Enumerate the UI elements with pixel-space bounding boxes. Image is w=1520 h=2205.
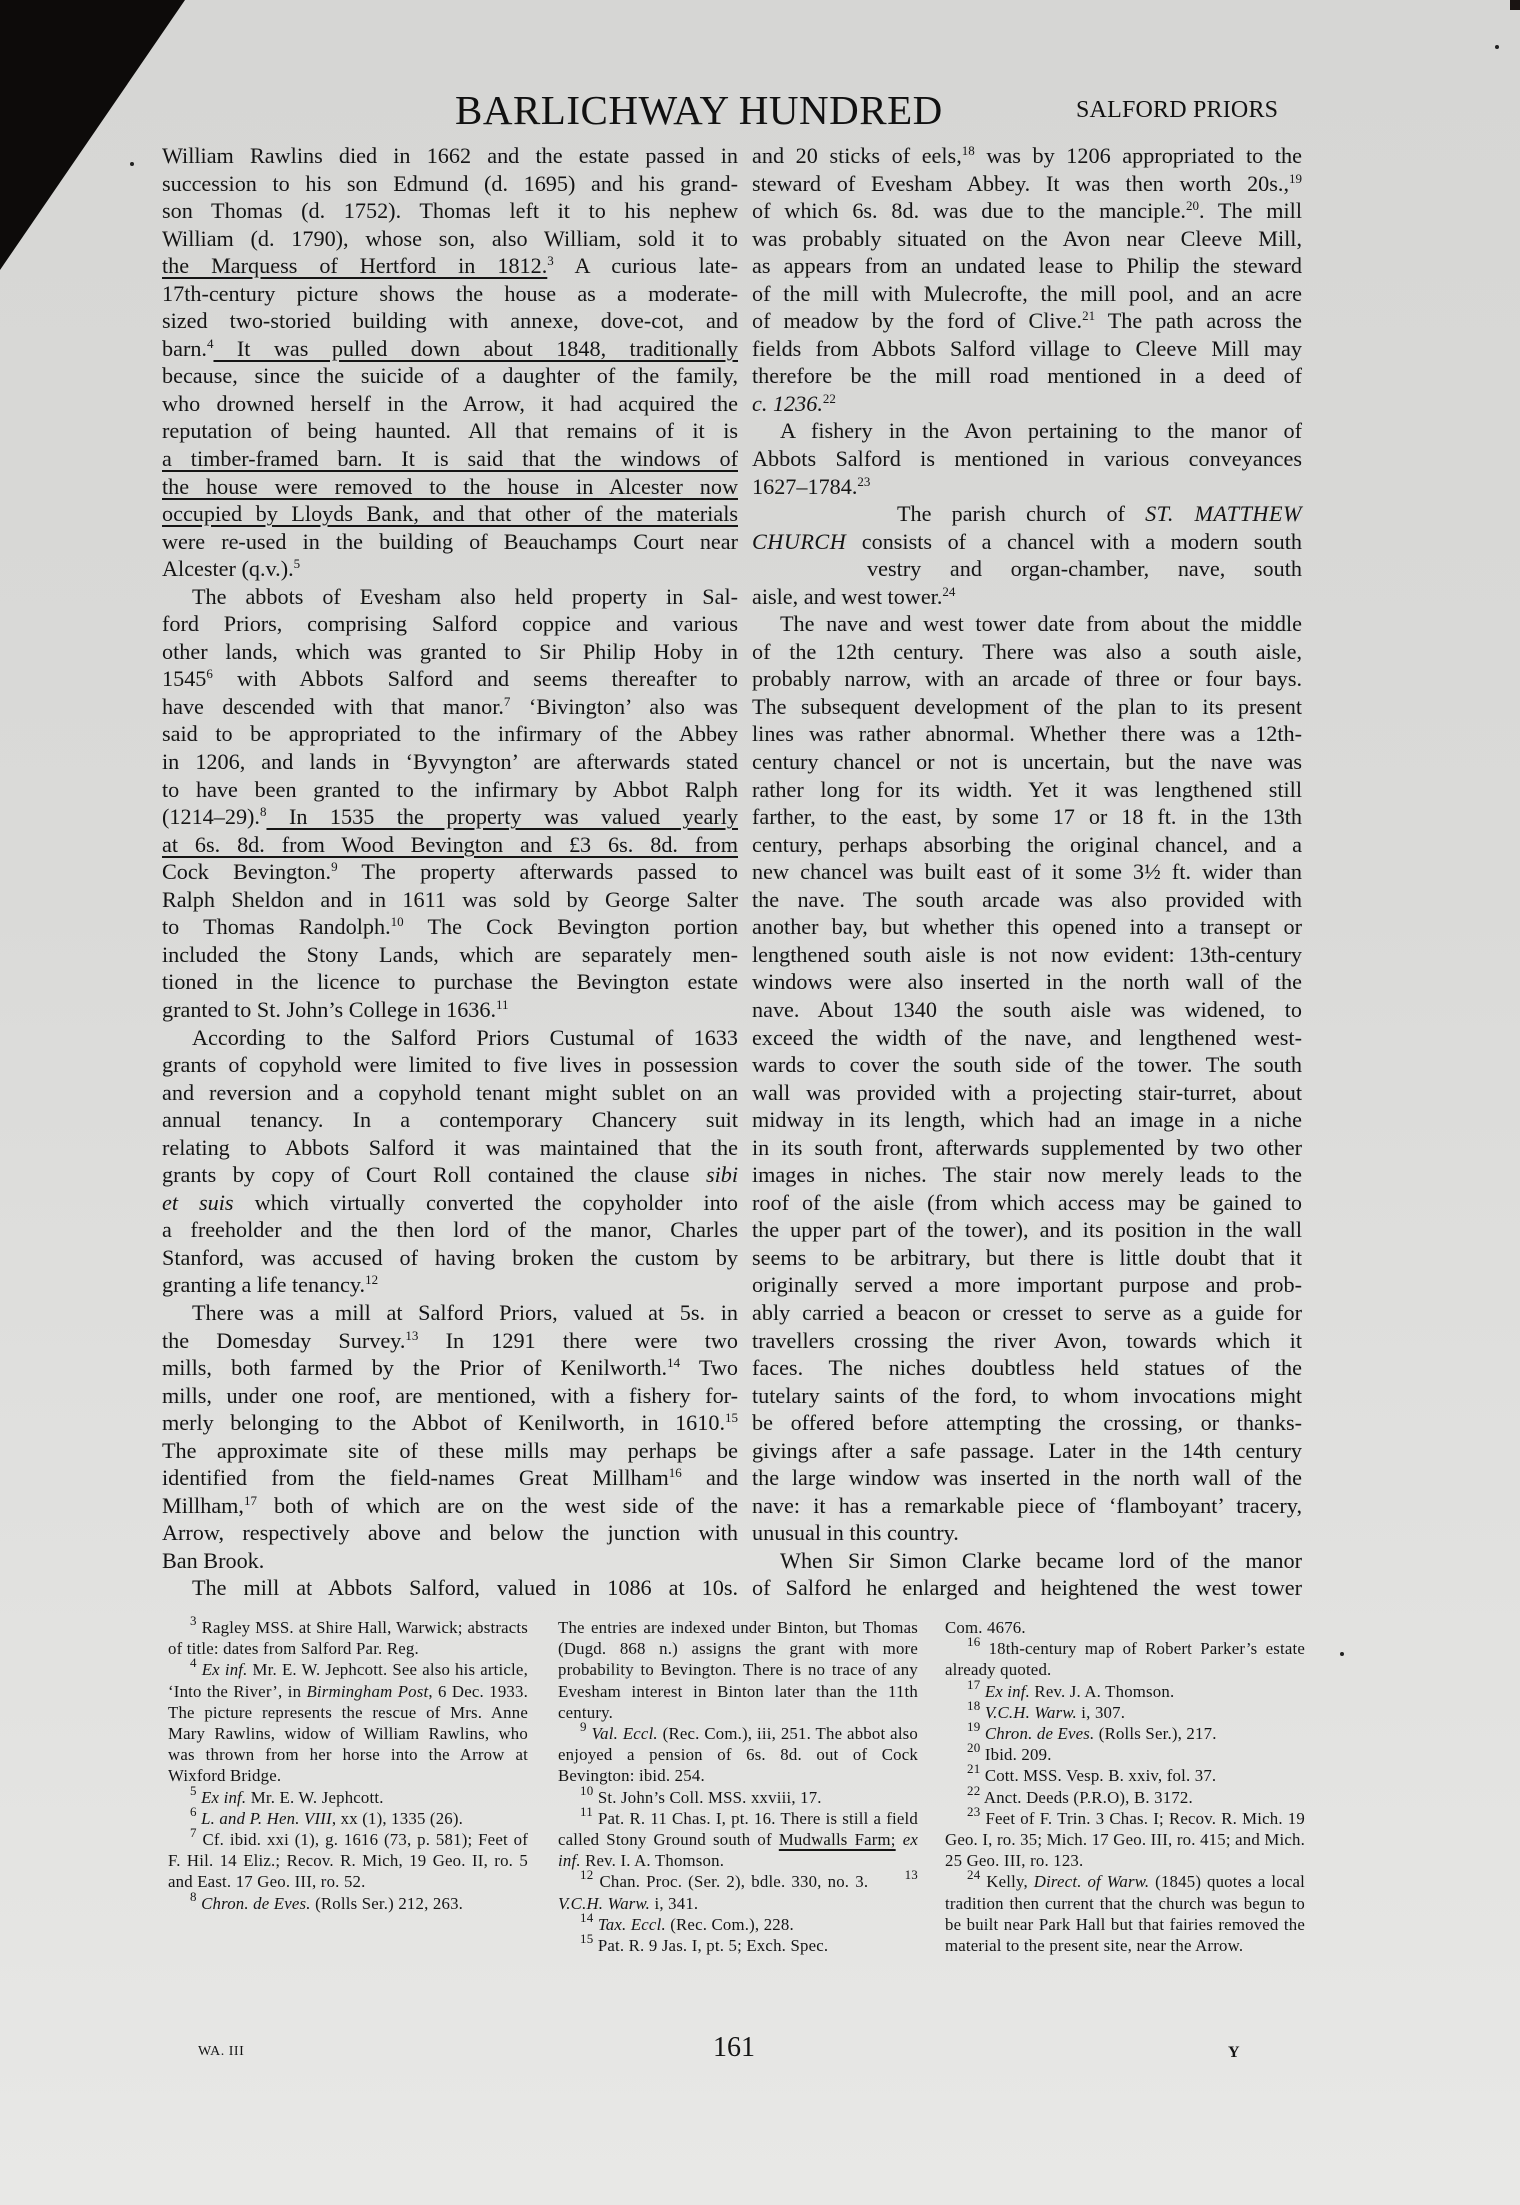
text-line: seems to be arbitrary, but there is litt…	[752, 1244, 1302, 1272]
pencil-underline: at 6s. 8d. from Wood Bevington and £3 6s…	[162, 832, 738, 857]
text-line: The abbots of Evesham also held property…	[162, 583, 738, 611]
text-line: Ralph Sheldon and in 1611 was sold by Ge…	[162, 886, 738, 914]
text-line: barn.4 It was pulled down about 1848, tr…	[162, 335, 738, 363]
footnote-continuation: The entries are indexed under Binton, bu…	[558, 1617, 918, 1723]
text-line: was probably situated on the Avon near C…	[752, 225, 1302, 253]
footnote: 12 Chan. Proc. (Ser. 2), bdle. 330, no. …	[558, 1871, 918, 1913]
footnote: 24 Kelly, Direct. of Warw. (1845) quotes…	[945, 1871, 1305, 1956]
text-line: identified from the field-names Great Mi…	[162, 1464, 738, 1492]
text-line: sized two-storied building with annexe, …	[162, 307, 738, 335]
text-line: included the Stony Lands, which are sepa…	[162, 941, 738, 969]
footnote-ref: 14	[667, 1355, 680, 1370]
text-line: reputation of being haunted. All that re…	[162, 417, 738, 445]
footnotes-column-3: Com. 4676. 16 18th-century map of Robert…	[945, 1617, 1305, 1956]
footnote-ref: 17	[244, 1493, 257, 1508]
text-line: The nave and west tower date from about …	[752, 610, 1302, 638]
footnote: 15 Pat. R. 9 Jas. I, pt. 5; Exch. Spec.	[558, 1935, 918, 1956]
footnote: 4 Ex inf. Mr. E. W. Jephcott. See also h…	[168, 1659, 528, 1786]
footnote-ref: 18	[962, 143, 975, 158]
text-line: succession to his son Edmund (d. 1695) a…	[162, 170, 738, 198]
footnote: 14 Tax. Eccl. (Rec. Com.), 228.	[558, 1914, 918, 1935]
text-line: 15456 with Abbots Salford and seems ther…	[162, 665, 738, 693]
text-line: who drowned herself in the Arrow, it had…	[162, 390, 738, 418]
footnotes-column-2: The entries are indexed under Binton, bu…	[558, 1617, 918, 1956]
text-line: rather long for its width. Yet it was le…	[752, 776, 1302, 804]
footnote-ref: 10	[391, 914, 404, 929]
footnote-ref: 5	[294, 556, 301, 571]
footnote-ref: 23	[857, 474, 870, 489]
text-line: the house were removed to the house in A…	[162, 473, 738, 501]
text-line: The approximate site of these mills may …	[162, 1437, 738, 1465]
text-line: the Marquess of Hertford in 1812.3 A cur…	[162, 252, 738, 280]
text-line: therefore be the mill road mentioned in …	[752, 362, 1302, 390]
footnote-ref: 24	[942, 584, 955, 599]
text-line: wall was provided with a projecting stai…	[752, 1079, 1302, 1107]
text-line: unusual in this country.	[752, 1519, 1302, 1547]
pencil-underline: It was pulled down about 1848, tradition…	[213, 336, 738, 361]
footnote: 22 Anct. Deeds (P.R.O), B. 3172.	[945, 1787, 1305, 1808]
text-line: William (d. 1790), whose son, also Willi…	[162, 225, 738, 253]
text-line: images in niches. The stair now merely l…	[752, 1161, 1302, 1189]
scan-speck	[1495, 45, 1499, 49]
text-line: 1627–1784.23	[752, 473, 1302, 501]
text-line: lines was rather abnormal. Whether there…	[752, 720, 1302, 748]
church-heading-line: CHURCH consists of a chancel with a mode…	[752, 528, 1302, 556]
footnote: 9 Val. Eccl. (Rec. Com.), iii, 251. The …	[558, 1723, 918, 1787]
text-line: granting a life tenancy.12	[162, 1271, 738, 1299]
text-line: midway in its length, which had an image…	[752, 1106, 1302, 1134]
text-line: another bay, but whether this opened int…	[752, 913, 1302, 941]
church-name: CHURCH	[752, 529, 846, 554]
text-line: at 6s. 8d. from Wood Bevington and £3 6s…	[162, 831, 738, 859]
text-line: tioned in the licence to purchase the Be…	[162, 968, 738, 996]
text-line: According to the Salford Priors Custumal…	[162, 1024, 738, 1052]
text-line: faces. The niches doubtless held statues…	[752, 1354, 1302, 1382]
footnote-ref: 12	[365, 1272, 378, 1287]
footnote-continuation: Com. 4676.	[945, 1617, 1305, 1638]
footnote-ref: 13	[405, 1328, 418, 1343]
text-line: a timber-framed barn. It is said that th…	[162, 445, 738, 473]
text-line: to Thomas Randolph.10 The Cock Bevington…	[162, 913, 738, 941]
text-line: (1214–29).8 In 1535 the property was val…	[162, 803, 738, 831]
hundred-title: BARLICHWAY HUNDRED	[455, 86, 943, 134]
text-line: windows were also inserted in the north …	[752, 968, 1302, 996]
text-line: century chancel or not is uncertain, but…	[752, 748, 1302, 776]
text-line: exceed the width of the nave, and length…	[752, 1024, 1302, 1052]
text-line: William Rawlins died in 1662 and the est…	[162, 142, 738, 170]
footnote: 11 Pat. R. 11 Chas. I, pt. 16. There is …	[558, 1808, 918, 1872]
text-line: annual tenancy. In a contemporary Chance…	[162, 1106, 738, 1134]
text-line: son Thomas (d. 1752). Thomas left it to …	[162, 197, 738, 225]
text-line: nave. About 1340 the south aisle was wid…	[752, 996, 1302, 1024]
footnote: 8 Chron. de Eves. (Rolls Ser.) 212, 263.	[168, 1893, 528, 1914]
text-line: grants of copyhold were limited to five …	[162, 1051, 738, 1079]
footnote-ref: 15	[725, 1410, 738, 1425]
text-line: the Domesday Survey.13 In 1291 there wer…	[162, 1327, 738, 1355]
pencil-underline: the Marquess of Hertford in 1812.	[162, 253, 547, 278]
text-line: of the 12th century. There was also a so…	[752, 638, 1302, 666]
text-line: travellers crossing the river Avon, towa…	[752, 1327, 1302, 1355]
text-line: relating to Abbots Salford it was mainta…	[162, 1134, 738, 1162]
text-line: merly belonging to the Abbot of Kenilwor…	[162, 1409, 738, 1437]
text-line: of Salford he enlarged and heightened th…	[752, 1574, 1302, 1602]
text-line: Abbots Salford is mentioned in various c…	[752, 445, 1302, 473]
text-line: probably narrow, with an arcade of three…	[752, 665, 1302, 693]
text-line: When Sir Simon Clarke became lord of the…	[752, 1547, 1302, 1575]
text-line: c. 1236.22	[752, 390, 1302, 418]
footnote-ref: 19	[1289, 171, 1302, 186]
footnote-ref: 22	[823, 391, 836, 406]
text-line: Cock Bevington.9 The property afterwards…	[162, 858, 738, 886]
text-line: century, perhaps absorbing the original …	[752, 831, 1302, 859]
text-line: the large window was inserted in the nor…	[752, 1464, 1302, 1492]
text-line: originally served a more important purpo…	[752, 1271, 1302, 1299]
signature-mark: WA. III	[198, 2044, 244, 2060]
text-line: nave: it has a remarkable piece of ‘flam…	[752, 1492, 1302, 1520]
church-heading-line: vestry and organ-chamber, nave, south	[752, 555, 1302, 583]
footnote: 10 St. John’s Coll. MSS. xxviii, 17.	[558, 1787, 918, 1808]
text-line: A fishery in the Avon pertaining to the …	[752, 417, 1302, 445]
footnote-ref: 20	[1186, 198, 1199, 213]
text-line: Ban Brook.	[162, 1547, 738, 1575]
footnote: 5 Ex inf. Mr. E. W. Jephcott.	[168, 1787, 528, 1808]
footnote: 23 Feet of F. Trin. 3 Chas. I; Recov. R.…	[945, 1808, 1305, 1872]
footnote: 3 Ragley MSS. at Shire Hall, Warwick; ab…	[168, 1617, 528, 1659]
text-line: were re-used in the building of Beaucham…	[162, 528, 738, 556]
text-line: the upper part of the tower), and its po…	[752, 1216, 1302, 1244]
text-line: in its south front, afterwards supplemen…	[752, 1134, 1302, 1162]
footnote: 6 L. and P. Hen. VIII, xx (1), 1335 (26)…	[168, 1808, 528, 1829]
text-line: other lands, which was granted to Sir Ph…	[162, 638, 738, 666]
text-line: lengthened south aisle is not now eviden…	[752, 941, 1302, 969]
parish-title: SALFORD PRIORS	[1076, 97, 1278, 124]
scan-speck	[1340, 1652, 1344, 1656]
left-column: William Rawlins died in 1662 and the est…	[162, 142, 738, 1602]
pencil-underline: occupied by Lloyds Bank, and that other …	[162, 501, 738, 526]
text-line: the nave. The south arcade was also prov…	[752, 886, 1302, 914]
pencil-underline: In 1535 the property was valued yearly	[266, 804, 738, 829]
footnote-ref: 16	[669, 1465, 682, 1480]
footnotes-column-1: 3 Ragley MSS. at Shire Hall, Warwick; ab…	[168, 1617, 528, 1914]
pencil-underline: Mudwalls Farm;	[779, 1830, 896, 1849]
church-heading-line: The parish church of ST. MATTHEW	[752, 500, 1302, 528]
text-line: There was a mill at Salford Priors, valu…	[162, 1299, 738, 1327]
text-line: 17th-century picture shows the house as …	[162, 280, 738, 308]
right-column: and 20 sticks of eels,18 was by 1206 app…	[752, 142, 1302, 1602]
footnote: 21 Cott. MSS. Vesp. B. xxiv, fol. 37.	[945, 1765, 1305, 1786]
text-line: a freeholder and the then lord of the ma…	[162, 1216, 738, 1244]
text-line: granted to St. John’s College in 1636.11	[162, 996, 738, 1024]
text-line: farther, to the east, by some 17 or 18 f…	[752, 803, 1302, 831]
text-line: ford Priors, comprising Salford coppice …	[162, 610, 738, 638]
gathering-mark: Y	[1228, 2044, 1240, 2062]
running-head: BARLICHWAY HUNDRED SALFORD PRIORS	[0, 80, 1520, 140]
text-line: Stanford, was accused of having broken t…	[162, 1244, 738, 1272]
text-line: The mill at Abbots Salford, valued in 10…	[162, 1574, 738, 1602]
text-line: mills, both farmed by the Prior of Kenil…	[162, 1354, 738, 1382]
scan-corner	[1510, 0, 1520, 10]
footnote: 20 Ibid. 209.	[945, 1744, 1305, 1765]
footnote: 17 Ex inf. Rev. J. A. Thomson.	[945, 1681, 1305, 1702]
text-line: Millham,17 both of which are on the west…	[162, 1492, 738, 1520]
text-line: said to be appropriated to the infirmary…	[162, 720, 738, 748]
text-line: steward of Evesham Abbey. It was then wo…	[752, 170, 1302, 198]
text-line: because, since the suicide of a daughter…	[162, 362, 738, 390]
text-line: to have been granted to the infirmary by…	[162, 776, 738, 804]
text-line: Arrow, respectively above and below the …	[162, 1519, 738, 1547]
text-line: as appears from an undated lease to Phil…	[752, 252, 1302, 280]
text-line: and 20 sticks of eels,18 was by 1206 app…	[752, 142, 1302, 170]
footnote: 16 18th-century map of Robert Parker’s e…	[945, 1638, 1305, 1680]
text-line: aisle, and west tower.24	[752, 583, 1302, 611]
text-line: and reversion and a copyhold tenant migh…	[162, 1079, 738, 1107]
text-line: ably carried a beacon or cresset to serv…	[752, 1299, 1302, 1327]
text-line: wards to cover the south side of the tow…	[752, 1051, 1302, 1079]
text-line: fields from Abbots Salford village to Cl…	[752, 335, 1302, 363]
text-line: tutelary saints of the ford, to whom inv…	[752, 1382, 1302, 1410]
text-line: Alcester (q.v.).5	[162, 555, 738, 583]
page-number: 161	[713, 2032, 755, 2064]
text-line: of which 6s. 8d. was due to the manciple…	[752, 197, 1302, 225]
text-line: in 1206, and lands in ‘Byvyngton’ are af…	[162, 748, 738, 776]
text-line: givings after a safe passage. Later in t…	[752, 1437, 1302, 1465]
text-line: et suis which virtually converted the co…	[162, 1189, 738, 1217]
church-name: ST. MATTHEW	[1145, 501, 1302, 526]
footnote: 19 Chron. de Eves. (Rolls Ser.), 217.	[945, 1723, 1305, 1744]
text-line: grants by copy of Court Roll contained t…	[162, 1161, 738, 1189]
text-line: roof of the aisle (from which access may…	[752, 1189, 1302, 1217]
pencil-underline: the house were removed to the house in A…	[162, 474, 738, 499]
pencil-underline: a timber-framed barn. It is said that th…	[162, 446, 738, 471]
footnote-ref: 11	[496, 997, 509, 1012]
footnote-ref: 21	[1082, 308, 1095, 323]
text-line: be offered before attempting the crossin…	[752, 1409, 1302, 1437]
text-line: of the mill with Mulecrofte, the mill po…	[752, 280, 1302, 308]
text-line: The subsequent development of the plan t…	[752, 693, 1302, 721]
text-line: mills, under one roof, are mentioned, wi…	[162, 1382, 738, 1410]
text-line: of meadow by the ford of Clive.21 The pa…	[752, 307, 1302, 335]
footnote: 18 V.C.H. Warw. i, 307.	[945, 1702, 1305, 1723]
text-line: have descended with that manor.7 ‘Biving…	[162, 693, 738, 721]
scan-speck	[130, 162, 134, 166]
footnote: 7 Cf. ibid. xxi (1), g. 1616 (73, p. 581…	[168, 1829, 528, 1893]
text-line: occupied by Lloyds Bank, and that other …	[162, 500, 738, 528]
text-line: new chancel was built east of it some 3½…	[752, 858, 1302, 886]
